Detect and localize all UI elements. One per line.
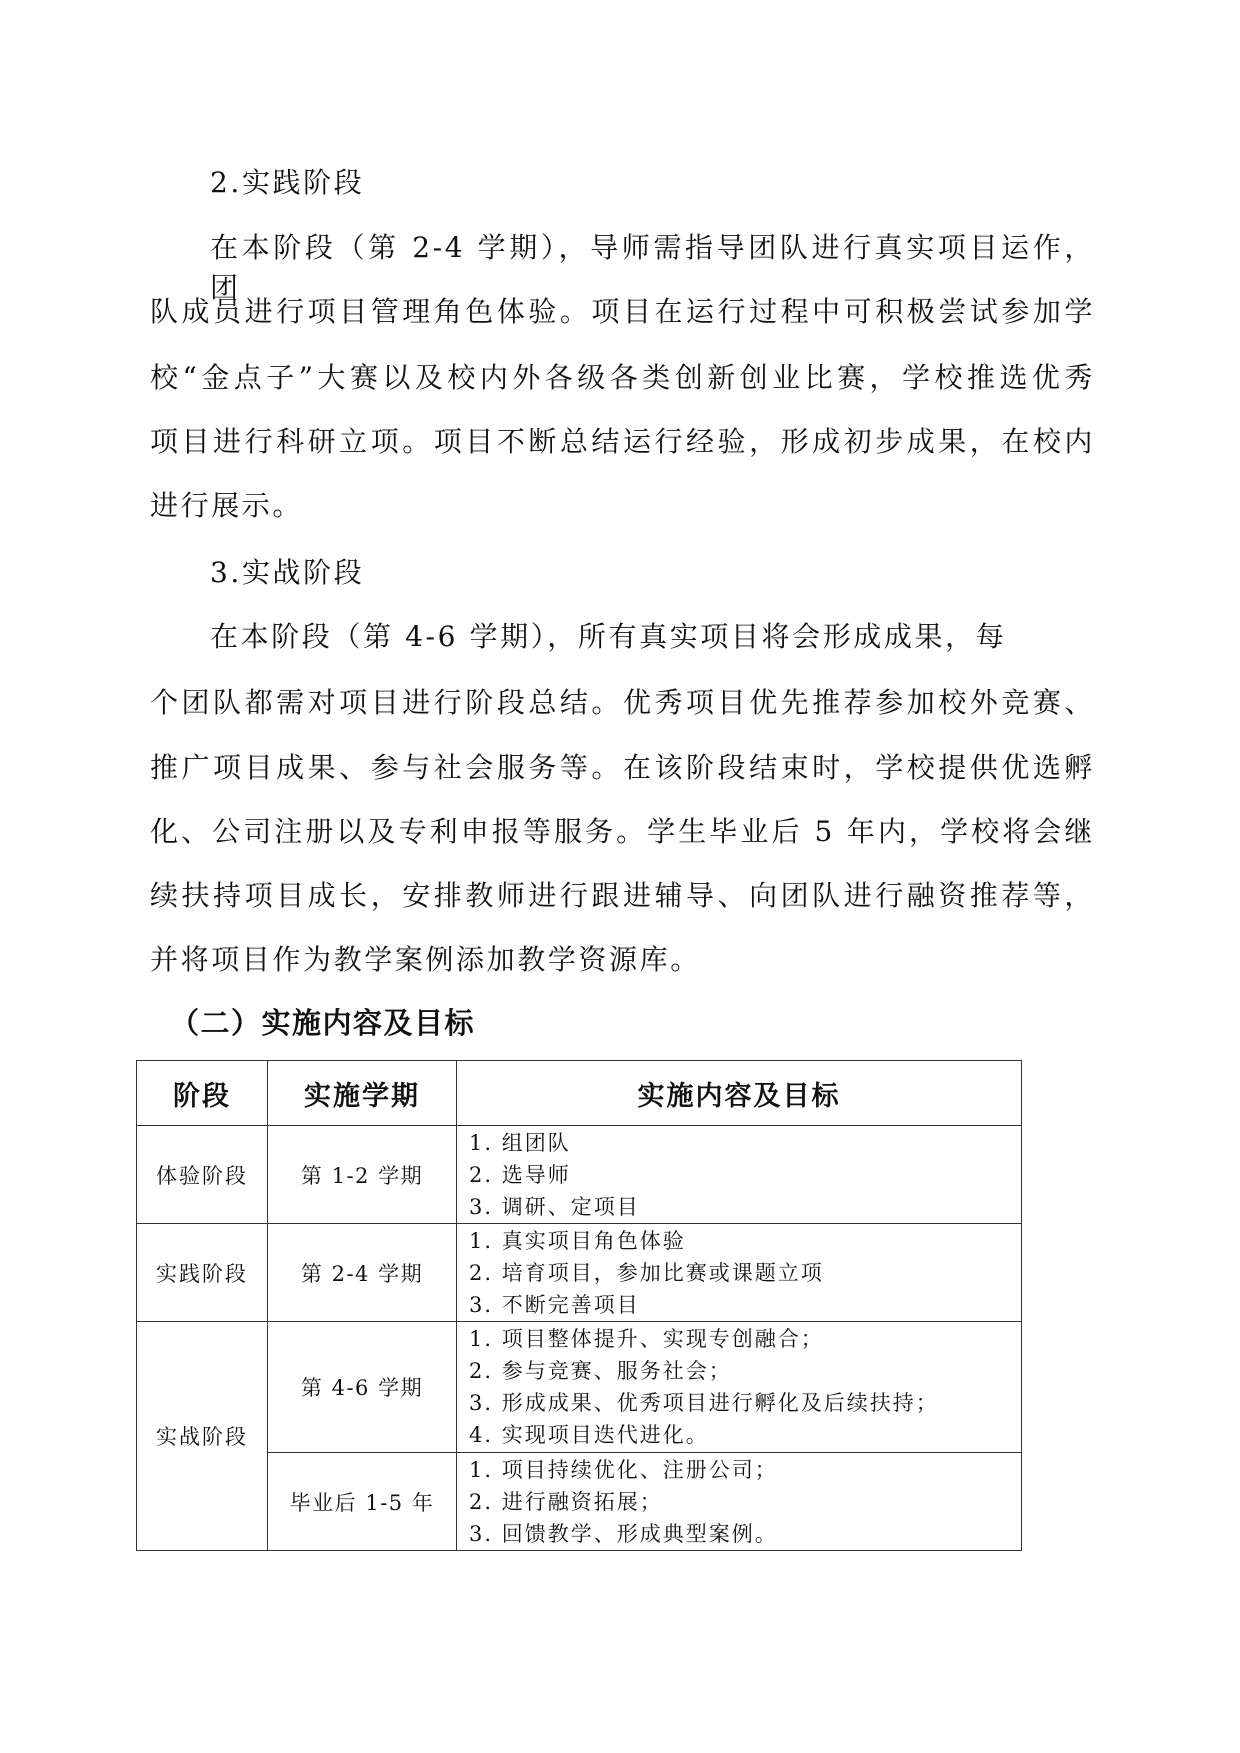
paragraph-line: 项目进行科研立项。项目不断总结运行经验，形成初步成果，在校内 (150, 422, 1095, 462)
section-title-practice: 2.实践阶段 (210, 163, 1095, 203)
implementation-table: 阶段 实施学期 实施内容及目标 体验阶段 第 1-2 学期 1. 组团队 2. … (136, 1060, 1022, 1551)
section-title-combat: 3.实战阶段 (210, 553, 1095, 593)
paragraph-line: 推广项目成果、参与社会服务等。在该阶段结束时，学校提供优选孵 (150, 748, 1095, 788)
paragraph-line: 化、公司注册以及专利申报等服务。学生毕业后 5 年内，学校将会继 (150, 812, 1095, 852)
header-stage: 阶段 (137, 1061, 268, 1126)
paragraph-line: 个团队都需对项目进行阶段总结。优秀项目优先推荐参加校外竞赛、 (150, 683, 1095, 723)
header-term: 实施学期 (268, 1061, 457, 1126)
table-row: 体验阶段 第 1-2 学期 1. 组团队 2. 选导师 3. 调研、定项目 (137, 1126, 1022, 1224)
paragraph-line: 校“金点子”大赛以及校内外各级各类创新创业比赛，学校推选优秀 (150, 358, 1095, 398)
table-row: 毕业后 1-5 年 1. 项目持续优化、注册公司； 2. 进行融资拓展； 3. … (137, 1453, 1022, 1551)
content-cell: 1. 真实项目角色体验 2. 培育项目，参加比赛或课题立项 3. 不断完善项目 (457, 1224, 1022, 1322)
paragraph-line: 进行展示。 (150, 486, 1095, 526)
stage-cell: 体验阶段 (137, 1126, 268, 1224)
content-item: 1. 项目持续优化、注册公司； (469, 1454, 1021, 1486)
content-item: 4. 实现项目迭代进化。 (469, 1419, 1021, 1451)
content-cell: 1. 项目整体提升、实现专创融合； 2. 参与竞赛、服务社会； 3. 形成成果、… (457, 1322, 1022, 1453)
paragraph-line: 并将项目作为教学案例添加教学资源库。 (150, 940, 1095, 980)
term-cell: 第 4-6 学期 (268, 1322, 457, 1453)
content-cell: 1. 项目持续优化、注册公司； 2. 进行融资拓展； 3. 回馈教学、形成典型案… (457, 1453, 1022, 1551)
table-row: 实战阶段 第 4-6 学期 1. 项目整体提升、实现专创融合； 2. 参与竞赛、… (137, 1322, 1022, 1453)
document-page: 2.实践阶段 在本阶段（第 2-4 学期），导师需指导团队进行真实项目运作，团 … (0, 0, 1240, 1753)
paragraph-line: 续扶持项目成长，安排教师进行跟进辅导、向团队进行融资推荐等， (150, 876, 1095, 916)
content-item: 1. 项目整体提升、实现专创融合； (469, 1323, 1021, 1355)
term-cell: 第 1-2 学期 (268, 1126, 457, 1224)
content-cell: 1. 组团队 2. 选导师 3. 调研、定项目 (457, 1126, 1022, 1224)
content-item: 2. 参与竞赛、服务社会； (469, 1355, 1021, 1387)
content-item: 2. 进行融资拓展； (469, 1486, 1021, 1518)
content-item: 3. 调研、定项目 (469, 1191, 1021, 1223)
term-cell: 第 2-4 学期 (268, 1224, 457, 1322)
content-item: 3. 回馈教学、形成典型案例。 (469, 1518, 1021, 1550)
table-row: 实践阶段 第 2-4 学期 1. 真实项目角色体验 2. 培育项目，参加比赛或课… (137, 1224, 1022, 1322)
content-item: 1. 真实项目角色体验 (469, 1225, 1021, 1257)
section-heading-content-goals: （二）实施内容及目标 (170, 1003, 475, 1043)
stage-cell: 实战阶段 (137, 1322, 268, 1551)
content-item: 3. 形成成果、优秀项目进行孵化及后续扶持； (469, 1387, 1021, 1419)
header-content: 实施内容及目标 (457, 1061, 1022, 1126)
paragraph-line: 队成员进行项目管理角色体验。项目在运行过程中可积极尝试参加学 (150, 292, 1095, 332)
stage-cell: 实践阶段 (137, 1224, 268, 1322)
table-header-row: 阶段 实施学期 实施内容及目标 (137, 1061, 1022, 1126)
content-item: 3. 不断完善项目 (469, 1289, 1021, 1321)
paragraph-line: 在本阶段（第 4-6 学期），所有真实项目将会形成成果，每 (210, 617, 1095, 657)
content-item: 2. 选导师 (469, 1159, 1021, 1191)
content-item: 1. 组团队 (469, 1127, 1021, 1159)
content-item: 2. 培育项目，参加比赛或课题立项 (469, 1257, 1021, 1289)
term-cell: 毕业后 1-5 年 (268, 1453, 457, 1551)
